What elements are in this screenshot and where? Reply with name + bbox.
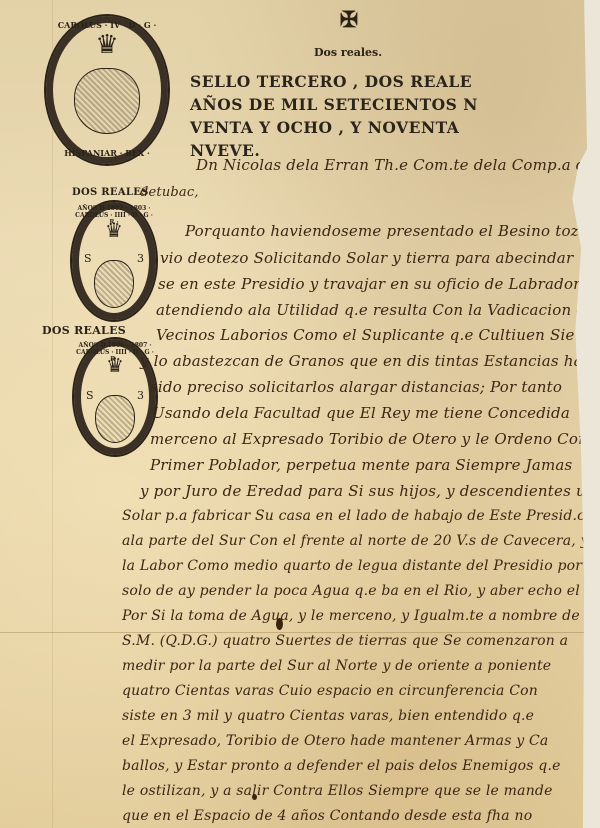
handwritten-line: y por Juro de Eredad para Si sus hijos, … xyxy=(140,482,596,500)
handwritten-line: que en el Espacio de 4 años Contando des… xyxy=(122,808,532,824)
document-page: ✠ Dos reales. SELLO TERCERO , DOS REALE … xyxy=(0,0,590,828)
handwritten-line: ala parte del Sur Con el frente al norte… xyxy=(122,533,589,549)
handwritten-line: se en este Presidio y travajar en su ofi… xyxy=(158,275,598,293)
handwritten-line: atendiendo ala Utilidad q.e resulta Con … xyxy=(156,301,595,319)
handwritten-line: Usando dela Facultad que El Rey me tiene… xyxy=(152,404,570,422)
handwritten-line: Porquanto haviendoseme presentado el Bes… xyxy=(185,222,584,240)
seal-letter: S xyxy=(86,389,94,402)
ink-blot xyxy=(276,618,283,630)
handwritten-line: le ostilizan, y a salir Contra Ellos Sie… xyxy=(122,783,553,799)
handwritten-line: solo de ay pender la poca Agua q.e ba en… xyxy=(122,583,580,599)
resello-label: DOS REALES xyxy=(72,187,149,198)
handwritten-line: Vecinos Laborios Como el Suplicante q.e … xyxy=(156,326,600,344)
handwritten-line: vio deotezo Solicitando Solar y tierra p… xyxy=(160,249,573,267)
handwritten-line: Solar p.a fabricar Su casa en el lado de… xyxy=(122,508,586,524)
seal-letter: S xyxy=(84,252,92,265)
resello-stamp: AÑOS D 1802 · 1803 · CAROLUS · IIII · D … xyxy=(70,200,158,322)
handwritten-line: la Labor Como medio quarto de legua dist… xyxy=(122,558,582,574)
coat-of-arms-icon xyxy=(94,260,134,308)
handwritten-line: ballos, y Estar pronto a defender el pai… xyxy=(122,758,561,774)
seal-ring-text-left: HISPANIAR · REX · xyxy=(46,148,168,158)
seal-letter: 3 xyxy=(137,252,144,265)
handwritten-line: merceno al Expresado Toribio de Otero y … xyxy=(150,430,600,448)
seal-ring-text-right: CAROLUS · IV · D · G · xyxy=(46,20,168,30)
royal-seal-stamp: CAROLUS · IV · D · G · HISPANIAR · REX ·… xyxy=(44,14,170,166)
seal-letter: 3 xyxy=(137,389,144,402)
crown-icon: ♛ xyxy=(95,30,118,60)
handwritten-line: Dn Nicolas dela Erran Th.e Com.te dela C… xyxy=(196,156,600,174)
ink-blot xyxy=(252,794,257,800)
handwritten-line: quatro Cientas varas Cuio espacio en cir… xyxy=(122,683,538,699)
handwritten-line: Primer Poblador, perpetua mente para Sie… xyxy=(150,456,572,474)
handwritten-line: medir por la parte del Sur al Norte y de… xyxy=(122,658,551,674)
handwritten-line: sido preciso solicitarlos alargar distan… xyxy=(150,378,562,396)
handwritten-line: S.M. (Q.D.G.) quatro Suertes de tierras … xyxy=(122,633,568,649)
handwritten-line: detubac, xyxy=(140,185,199,200)
resello-label: DOS REALES xyxy=(42,324,126,337)
seal-line: SELLO TERCERO , DOS REALE xyxy=(190,70,490,93)
coat-of-arms-icon xyxy=(95,395,135,443)
seal-line: AÑOS DE MIL SETECIENTOS N xyxy=(190,93,490,116)
denomination-label: Dos reales. xyxy=(314,46,382,59)
handwritten-line: el Expresado, Toribio de Otero hade mant… xyxy=(122,733,548,749)
handwritten-line: Por Si la toma de Agua, y le merceno, y … xyxy=(122,608,580,624)
cross-icon: ✠ xyxy=(337,8,361,32)
handwritten-line: siste en 3 mil y quatro Cientas varas, b… xyxy=(122,708,534,724)
coat-of-arms-icon xyxy=(74,68,140,134)
crown-icon: ♛ xyxy=(106,353,124,377)
seal-header-text: SELLO TERCERO , DOS REALE AÑOS DE MIL SE… xyxy=(190,70,490,162)
handwritten-line: y lo abastezcan de Granos que en dis tin… xyxy=(140,352,583,370)
crown-icon: ♛ xyxy=(105,218,123,242)
seal-line: VENTA Y OCHO , Y NOVENTA xyxy=(190,116,490,139)
